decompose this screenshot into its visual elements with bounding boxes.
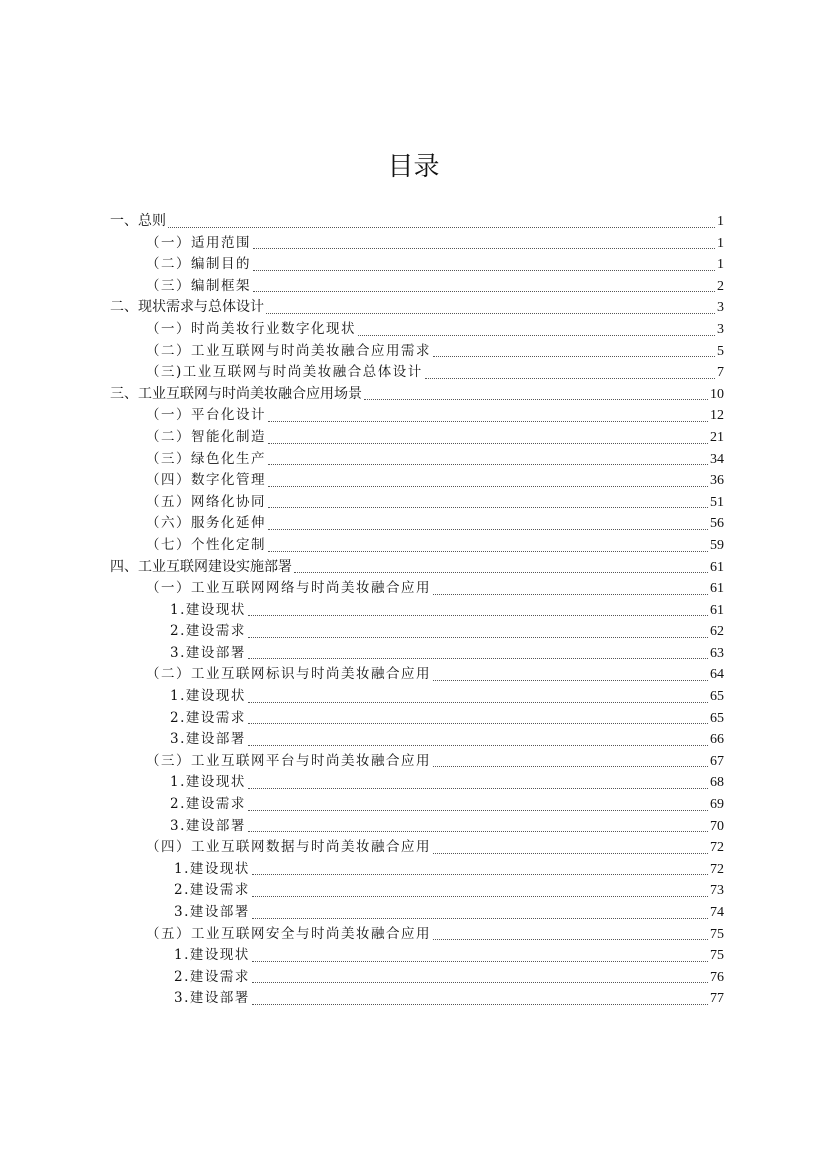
toc-entry[interactable]: 1.建设现状61 xyxy=(110,600,724,622)
toc-entry-page-number: 75 xyxy=(708,924,724,946)
dot-leader xyxy=(433,680,708,681)
toc-entry-page-number: 76 xyxy=(708,967,724,989)
toc-entry[interactable]: （五）网络化协同51 xyxy=(110,492,724,514)
toc-entry-label: （三）工业互联网平台与时尚美妆融合应用 xyxy=(110,751,433,773)
toc-entry-label: （一）平台化设计 xyxy=(110,405,268,427)
toc-entry-page-number: 1 xyxy=(715,211,724,233)
toc-entry[interactable]: （二）智能化制造21 xyxy=(110,427,724,449)
toc-entry[interactable]: 3.建设部署63 xyxy=(110,643,724,665)
toc-entry-label: （三）编制框架 xyxy=(110,276,253,298)
toc-entry-label: （一）工业互联网网络与时尚美妆融合应用 xyxy=(110,578,433,600)
toc-entry-label: （四）工业互联网数据与时尚美妆融合应用 xyxy=(110,837,433,859)
toc-entry[interactable]: （三）工业互联网平台与时尚美妆融合应用67 xyxy=(110,751,724,773)
toc-entry-page-number: 7 xyxy=(715,362,724,384)
toc-entry-page-number: 5 xyxy=(715,341,724,363)
toc-entry-label: （一）时尚美妆行业数字化现状 xyxy=(110,319,358,341)
toc-entry-label: （二）工业互联网与时尚美妆融合应用需求 xyxy=(110,341,433,363)
toc-entry-page-number: 66 xyxy=(708,729,724,751)
dot-leader xyxy=(248,702,708,703)
toc-entry-page-number: 72 xyxy=(708,859,724,881)
toc-entry[interactable]: （一）时尚美妆行业数字化现状3 xyxy=(110,319,724,341)
toc-entry-label: （三)工业互联网与时尚美妆融合总体设计 xyxy=(110,362,425,384)
dot-leader xyxy=(268,507,708,508)
toc-entry-page-number: 65 xyxy=(708,686,724,708)
toc-entry-page-number: 65 xyxy=(708,708,724,730)
toc-entry[interactable]: 3.建设部署77 xyxy=(110,988,724,1010)
toc-entry-page-number: 63 xyxy=(708,643,724,665)
toc-entry[interactable]: （五）工业互联网安全与时尚美妆融合应用75 xyxy=(110,924,724,946)
toc-entry-page-number: 74 xyxy=(708,902,724,924)
dot-leader xyxy=(248,831,708,832)
toc-entry[interactable]: 2.建设需求76 xyxy=(110,967,724,989)
toc-entry-label: （二）编制目的 xyxy=(110,254,253,276)
toc-entry-label: （二）工业互联网标识与时尚美妆融合应用 xyxy=(110,664,433,686)
toc-entry-page-number: 67 xyxy=(708,751,724,773)
toc-entry-label: 3.建设部署 xyxy=(110,729,248,751)
toc-entry[interactable]: （三)工业互联网与时尚美妆融合总体设计7 xyxy=(110,362,724,384)
dot-leader xyxy=(268,443,708,444)
dot-leader xyxy=(294,572,708,573)
toc-entry-label: 3.建设部署 xyxy=(110,988,252,1010)
dot-leader xyxy=(253,248,715,249)
dot-leader xyxy=(268,464,708,465)
toc-entry[interactable]: 2.建设需求73 xyxy=(110,880,724,902)
dot-leader xyxy=(268,529,708,530)
toc-entry[interactable]: 四、工业互联网建设实施部署61 xyxy=(110,557,724,579)
dot-leader xyxy=(433,939,708,940)
toc-entry[interactable]: 1.建设现状72 xyxy=(110,859,724,881)
toc-entry-page-number: 77 xyxy=(708,988,724,1010)
toc-entry-label: （七）个性化定制 xyxy=(110,535,268,557)
toc-entry-label: 二、现状需求与总体设计 xyxy=(110,297,266,319)
toc-entry-page-number: 68 xyxy=(708,772,724,794)
toc-entry[interactable]: （三）编制框架2 xyxy=(110,276,724,298)
toc-entry[interactable]: （二）工业互联网标识与时尚美妆融合应用64 xyxy=(110,664,724,686)
dot-leader xyxy=(268,421,708,422)
dot-leader xyxy=(252,982,708,983)
dot-leader xyxy=(253,270,715,271)
toc-entry-page-number: 21 xyxy=(708,427,724,449)
toc-entry[interactable]: 3.建设部署66 xyxy=(110,729,724,751)
toc-entry[interactable]: （三）绿色化生产34 xyxy=(110,449,724,471)
toc-entry-label: 1.建设现状 xyxy=(110,772,248,794)
toc-entry[interactable]: （七）个性化定制59 xyxy=(110,535,724,557)
toc-entry-page-number: 61 xyxy=(708,600,724,622)
toc-entry-page-number: 12 xyxy=(708,405,724,427)
toc-entry-page-number: 69 xyxy=(708,794,724,816)
toc-entry-page-number: 70 xyxy=(708,816,724,838)
toc-entry-page-number: 1 xyxy=(715,254,724,276)
toc-entry-page-number: 3 xyxy=(715,319,724,341)
toc-entry[interactable]: （一）工业互联网网络与时尚美妆融合应用61 xyxy=(110,578,724,600)
dot-leader xyxy=(248,745,708,746)
toc-entry[interactable]: （二）工业互联网与时尚美妆融合应用需求5 xyxy=(110,341,724,363)
toc-entry-page-number: 72 xyxy=(708,837,724,859)
toc-entry-page-number: 61 xyxy=(708,557,724,579)
toc-entry-page-number: 73 xyxy=(708,880,724,902)
toc-entry-label: 2.建设需求 xyxy=(110,708,248,730)
toc-entry-label: 2.建设需求 xyxy=(110,880,252,902)
dot-leader xyxy=(433,356,715,357)
toc-entry-page-number: 1 xyxy=(715,233,724,255)
dot-leader xyxy=(248,658,708,659)
dot-leader xyxy=(364,399,708,400)
toc-entry[interactable]: 2.建设需求65 xyxy=(110,708,724,730)
toc-entry[interactable]: （一）适用范围1 xyxy=(110,233,724,255)
toc-entry[interactable]: （二）编制目的1 xyxy=(110,254,724,276)
toc-entry[interactable]: 1.建设现状75 xyxy=(110,945,724,967)
dot-leader xyxy=(248,637,708,638)
dot-leader xyxy=(433,766,708,767)
toc-entry-label: 3.建设部署 xyxy=(110,643,248,665)
toc-entry-page-number: 62 xyxy=(708,621,724,643)
toc-entry[interactable]: 1.建设现状65 xyxy=(110,686,724,708)
dot-leader xyxy=(248,810,708,811)
dot-leader xyxy=(252,918,708,919)
toc-entry-page-number: 75 xyxy=(708,945,724,967)
toc-entry[interactable]: 3.建设部署74 xyxy=(110,902,724,924)
toc-entry-page-number: 10 xyxy=(708,384,724,406)
toc-entry-label: 3.建设部署 xyxy=(110,816,248,838)
dot-leader xyxy=(358,335,715,336)
dot-leader xyxy=(252,896,708,897)
toc-entry-label: （二）智能化制造 xyxy=(110,427,268,449)
toc-entry-label: （五）网络化协同 xyxy=(110,492,268,514)
toc-entry-label: 四、工业互联网建设实施部署 xyxy=(110,557,294,579)
dot-leader xyxy=(266,313,715,314)
toc-entry-page-number: 61 xyxy=(708,578,724,600)
toc-entry-page-number: 56 xyxy=(708,513,724,535)
toc-entry-label: （五）工业互联网安全与时尚美妆融合应用 xyxy=(110,924,433,946)
toc-entry-label: 2.建设需求 xyxy=(110,621,248,643)
toc-entry[interactable]: 3.建设部署70 xyxy=(110,816,724,838)
table-of-contents: 一、总则1（一）适用范围1（二）编制目的1（三）编制框架2二、现状需求与总体设计… xyxy=(110,211,724,1010)
toc-entry-page-number: 64 xyxy=(708,664,724,686)
toc-entry-label: 2.建设需求 xyxy=(110,794,248,816)
toc-entry-label: 1.建设现状 xyxy=(110,600,248,622)
dot-leader xyxy=(248,615,708,616)
toc-entry-page-number: 2 xyxy=(715,276,724,298)
toc-entry-page-number: 36 xyxy=(708,470,724,492)
toc-entry[interactable]: 二、现状需求与总体设计3 xyxy=(110,297,724,319)
toc-entry[interactable]: （一）平台化设计12 xyxy=(110,405,724,427)
toc-entry[interactable]: 2.建设需求69 xyxy=(110,794,724,816)
toc-entry-label: 3.建设部署 xyxy=(110,902,252,924)
toc-entry[interactable]: 一、总则1 xyxy=(110,211,724,233)
toc-entry-page-number: 59 xyxy=(708,535,724,557)
page-title: 目录 xyxy=(0,146,827,183)
toc-entry-label: （一）适用范围 xyxy=(110,233,253,255)
dot-leader xyxy=(248,723,708,724)
toc-entry[interactable]: （四）数字化管理36 xyxy=(110,470,724,492)
toc-entry-label: 1.建设现状 xyxy=(110,686,248,708)
toc-entry-label: 2.建设需求 xyxy=(110,967,252,989)
toc-entry-label: 一、总则 xyxy=(110,211,168,233)
dot-leader xyxy=(252,1004,708,1005)
dot-leader xyxy=(253,291,715,292)
toc-entry-page-number: 3 xyxy=(715,297,724,319)
toc-entry-label: 1.建设现状 xyxy=(110,945,252,967)
toc-entry[interactable]: 1.建设现状68 xyxy=(110,772,724,794)
dot-leader xyxy=(168,227,715,228)
dot-leader xyxy=(268,486,708,487)
toc-entry-label: 1.建设现状 xyxy=(110,859,252,881)
toc-entry[interactable]: 2.建设需求62 xyxy=(110,621,724,643)
dot-leader xyxy=(433,594,708,595)
dot-leader xyxy=(433,853,708,854)
toc-entry[interactable]: （六）服务化延伸56 xyxy=(110,513,724,535)
toc-entry-label: 三、工业互联网与时尚美妆融合应用场景 xyxy=(110,384,364,406)
toc-entry-label: （三）绿色化生产 xyxy=(110,449,268,471)
toc-entry[interactable]: （四）工业互联网数据与时尚美妆融合应用72 xyxy=(110,837,724,859)
toc-entry-page-number: 34 xyxy=(708,449,724,471)
dot-leader xyxy=(425,378,715,379)
dot-leader xyxy=(268,551,708,552)
dot-leader xyxy=(248,788,708,789)
dot-leader xyxy=(252,961,708,962)
toc-entry[interactable]: 三、工业互联网与时尚美妆融合应用场景10 xyxy=(110,384,724,406)
toc-entry-page-number: 51 xyxy=(708,492,724,514)
dot-leader xyxy=(252,874,708,875)
toc-entry-label: （四）数字化管理 xyxy=(110,470,268,492)
toc-entry-label: （六）服务化延伸 xyxy=(110,513,268,535)
